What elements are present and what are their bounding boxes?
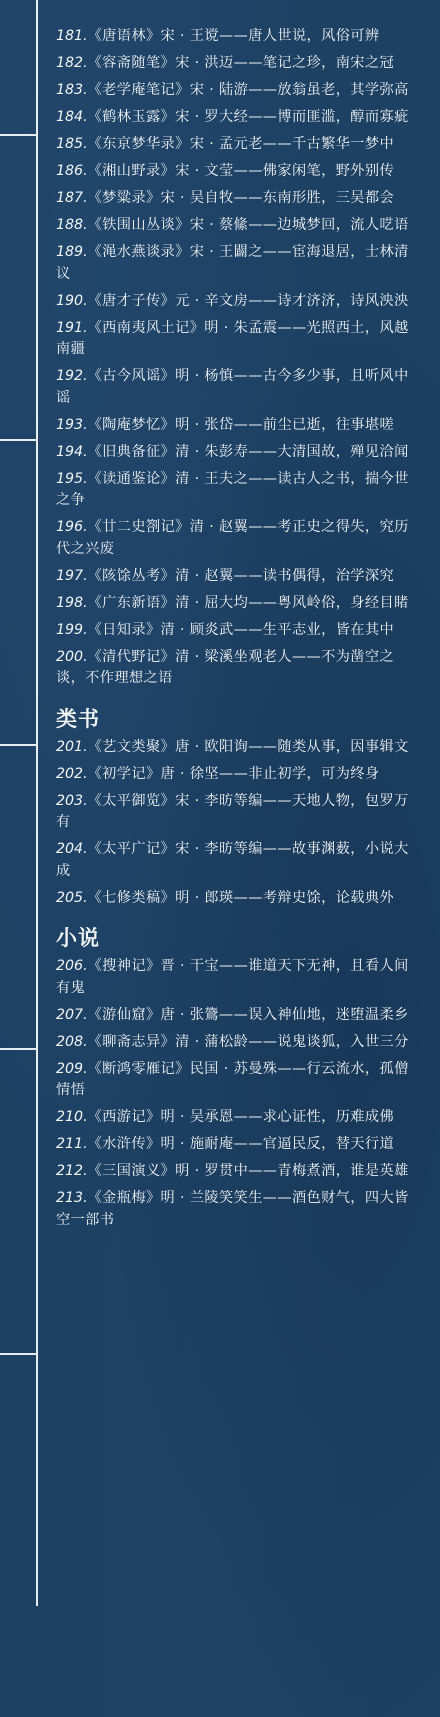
entry-number: 182. bbox=[56, 55, 88, 71]
entry-text: 《广东新语》清 · 屈大均——粤风岭俗，身经目睹 bbox=[88, 595, 409, 611]
entry-number: 213. bbox=[56, 1190, 88, 1206]
entry-number: 206. bbox=[56, 958, 88, 974]
list-item: 184.《鹤林玉露》宋 · 罗大经——博而匪滥，醇而寡疵 bbox=[56, 107, 422, 129]
entry-text: 《太平广记》宋 · 李昉等编——故事渊薮，小说大成 bbox=[56, 841, 409, 879]
entry-text: 《聊斋志异》清 · 蒲松龄——说鬼谈狐，入世三分 bbox=[88, 1034, 409, 1050]
entry-number: 205. bbox=[56, 890, 88, 906]
entry-text: 《老学庵笔记》宋 · 陆游——放翁虽老，其学弥高 bbox=[88, 82, 409, 98]
list-item: 198.《广东新语》清 · 屈大均——粤风岭俗，身经目睹 bbox=[56, 593, 422, 615]
entry-text: 《陶庵梦忆》明 · 张岱——前尘已逝，往事堪嗟 bbox=[88, 417, 394, 433]
timeline-tick bbox=[0, 744, 36, 746]
entry-text: 《湘山野录》宋 · 文莹——佛家闲笔，野外别传 bbox=[88, 163, 394, 179]
entry-number: 196. bbox=[56, 519, 88, 535]
list-item: 204.《太平广记》宋 · 李昉等编——故事渊薮，小说大成 bbox=[56, 839, 422, 882]
entry-text: 《读通鉴论》清 · 王夫之——读古人之书，揣今世之争 bbox=[56, 471, 409, 509]
list-item: 192.《古今风谣》明 · 杨慎——古今多少事，且听风中谣 bbox=[56, 366, 422, 409]
list-item: 208.《聊斋志异》清 · 蒲松龄——说鬼谈狐，入世三分 bbox=[56, 1032, 422, 1054]
entry-text: 《金瓶梅》明 · 兰陵笑笑生——酒色财气，四大皆空一部书 bbox=[56, 1190, 409, 1228]
entry-text: 《初学记》唐 · 徐坚——非止初学，可为终身 bbox=[88, 766, 380, 782]
timeline-tick bbox=[0, 134, 36, 136]
book-list: 181.《唐语林》宋 · 王谠——唐人世说，风俗可辨 182.《容斋随笔》宋 ·… bbox=[56, 26, 422, 1237]
list-item: 206.《搜神记》晋 · 干宝——谁道天下无神，且看人间有鬼 bbox=[56, 956, 422, 999]
entry-number: 190. bbox=[56, 293, 88, 309]
entry-number: 209. bbox=[56, 1061, 88, 1077]
list-item: 205.《七修类稿》明 · 郎瑛——考辩史馀，论载典外 bbox=[56, 888, 422, 910]
entry-text: 《渑水燕谈录》宋 · 王闢之——宦海退居，士林清议 bbox=[56, 244, 409, 282]
entry-number: 197. bbox=[56, 568, 88, 584]
entry-text: 《搜神记》晋 · 干宝——谁道天下无神，且看人间有鬼 bbox=[56, 958, 409, 996]
list-item: 182.《容斋随笔》宋 · 洪迈——笔记之珍，南宋之冠 bbox=[56, 53, 422, 75]
entry-text: 《断鸿零雁记》民国 · 苏曼殊——行云流水，孤僧情悟 bbox=[56, 1061, 409, 1099]
entry-number: 195. bbox=[56, 471, 88, 487]
entry-text: 《陔馀丛考》清 · 赵翼——读书偶得，治学深究 bbox=[88, 568, 394, 584]
list-item: 187.《梦粱录》宋 · 吴自牧——东南形胜，三吴都会 bbox=[56, 188, 422, 210]
entry-number: 189. bbox=[56, 244, 88, 260]
entry-number: 184. bbox=[56, 109, 88, 125]
list-item: 201.《艺文类聚》唐 · 欧阳询——随类从事，因事辑文 bbox=[56, 737, 422, 759]
entry-number: 202. bbox=[56, 766, 88, 782]
entry-text: 《东京梦华录》宋 · 孟元老——千古繁华一梦中 bbox=[88, 136, 394, 152]
entry-number: 198. bbox=[56, 595, 88, 611]
list-item: 202.《初学记》唐 · 徐坚——非止初学，可为终身 bbox=[56, 764, 422, 786]
list-item: 190.《唐才子传》元 · 辛文房——诗才济济，诗风泱泱 bbox=[56, 291, 422, 313]
entry-text: 《日知录》清 · 顾炎武——生平志业，皆在其中 bbox=[88, 622, 394, 638]
list-item: 185.《东京梦华录》宋 · 孟元老——千古繁华一梦中 bbox=[56, 134, 422, 156]
list-item: 199.《日知录》清 · 顾炎武——生平志业，皆在其中 bbox=[56, 620, 422, 642]
entry-number: 208. bbox=[56, 1034, 88, 1050]
list-item: 186.《湘山野录》宋 · 文莹——佛家闲笔，野外别传 bbox=[56, 161, 422, 183]
list-item: 210.《西游记》明 · 吴承恩——求心证性，历难成佛 bbox=[56, 1107, 422, 1129]
list-item: 195.《读通鉴论》清 · 王夫之——读古人之书，揣今世之争 bbox=[56, 469, 422, 512]
entry-text: 《水浒传》明 · 施耐庵——官逼民反，替天行道 bbox=[88, 1136, 394, 1152]
section-xiaoshuo: 小说 206.《搜神记》晋 · 干宝——谁道天下无神，且看人间有鬼 207.《游… bbox=[56, 924, 422, 1231]
entry-number: 185. bbox=[56, 136, 88, 152]
entry-number: 193. bbox=[56, 417, 88, 433]
section-biji: 181.《唐语林》宋 · 王谠——唐人世说，风俗可辨 182.《容斋随笔》宋 ·… bbox=[56, 26, 422, 690]
entry-text: 《西南夷风土记》明 · 朱孟震——光照西土，风越南疆 bbox=[56, 320, 409, 358]
list-item: 200.《清代野记》清 · 梁溪坐观老人——不为凿空之谈，不作理想之语 bbox=[56, 647, 422, 690]
entry-text: 《西游记》明 · 吴承恩——求心证性，历难成佛 bbox=[88, 1109, 394, 1125]
entry-text: 《古今风谣》明 · 杨慎——古今多少事，且听风中谣 bbox=[56, 368, 409, 406]
entry-text: 《七修类稿》明 · 郎瑛——考辩史馀，论载典外 bbox=[88, 890, 394, 906]
entry-number: 204. bbox=[56, 841, 88, 857]
entry-number: 210. bbox=[56, 1109, 88, 1125]
entry-text: 《廿二史劄记》清 · 赵翼——考正史之得失，究历代之兴废 bbox=[56, 519, 409, 557]
entry-text: 《旧典备征》清 · 朱彭寿——大清国故，殚见洽闻 bbox=[88, 444, 409, 460]
entry-text: 《容斋随笔》宋 · 洪迈——笔记之珍，南宋之冠 bbox=[88, 55, 394, 71]
entry-number: 200. bbox=[56, 649, 88, 665]
entry-text: 《唐才子传》元 · 辛文房——诗才济济，诗风泱泱 bbox=[88, 293, 409, 309]
entry-number: 207. bbox=[56, 1007, 88, 1023]
list-item: 203.《太平御览》宋 · 李昉等编——天地人物，包罗万有 bbox=[56, 791, 422, 834]
entry-number: 191. bbox=[56, 320, 88, 336]
entry-number: 194. bbox=[56, 444, 88, 460]
list-item: 213.《金瓶梅》明 · 兰陵笑笑生——酒色财气，四大皆空一部书 bbox=[56, 1188, 422, 1231]
list-item: 197.《陔馀丛考》清 · 赵翼——读书偶得，治学深究 bbox=[56, 566, 422, 588]
list-item: 196.《廿二史劄记》清 · 赵翼——考正史之得失，究历代之兴废 bbox=[56, 517, 422, 560]
section-heading: 小说 bbox=[56, 924, 422, 952]
entry-number: 187. bbox=[56, 190, 88, 206]
list-item: 194.《旧典备征》清 · 朱彭寿——大清国故，殚见洽闻 bbox=[56, 442, 422, 464]
entry-number: 212. bbox=[56, 1163, 88, 1179]
entry-number: 203. bbox=[56, 793, 88, 809]
timeline-tick bbox=[0, 439, 36, 441]
list-item: 181.《唐语林》宋 · 王谠——唐人世说，风俗可辨 bbox=[56, 26, 422, 48]
section-leishu: 类书 201.《艺文类聚》唐 · 欧阳询——随类从事，因事辑文 202.《初学记… bbox=[56, 705, 422, 910]
entry-text: 《清代野记》清 · 梁溪坐观老人——不为凿空之谈，不作理想之语 bbox=[56, 649, 394, 687]
list-item: 193.《陶庵梦忆》明 · 张岱——前尘已逝，往事堪嗟 bbox=[56, 415, 422, 437]
entry-number: 186. bbox=[56, 163, 88, 179]
entry-text: 《梦粱录》宋 · 吴自牧——东南形胜，三吴都会 bbox=[88, 190, 394, 206]
list-item: 211.《水浒传》明 · 施耐庵——官逼民反，替天行道 bbox=[56, 1134, 422, 1156]
entry-text: 《艺文类聚》唐 · 欧阳询——随类从事，因事辑文 bbox=[88, 739, 409, 755]
entry-text: 《游仙窟》唐 · 张鷟——误入神仙地，迷堕温柔乡 bbox=[88, 1007, 409, 1023]
list-item: 212.《三国演义》明 · 罗贯中——青梅煮酒，谁是英雄 bbox=[56, 1161, 422, 1183]
list-item: 207.《游仙窟》唐 · 张鷟——误入神仙地，迷堕温柔乡 bbox=[56, 1005, 422, 1027]
timeline-vertical-line bbox=[36, 0, 38, 1606]
entry-number: 192. bbox=[56, 368, 88, 384]
entry-text: 《鹤林玉露》宋 · 罗大经——博而匪滥，醇而寡疵 bbox=[88, 109, 409, 125]
section-heading: 类书 bbox=[56, 705, 422, 733]
list-item: 191.《西南夷风土记》明 · 朱孟震——光照西土，风越南疆 bbox=[56, 318, 422, 361]
entry-text: 《太平御览》宋 · 李昉等编——天地人物，包罗万有 bbox=[56, 793, 409, 831]
entry-text: 《唐语林》宋 · 王谠——唐人世说，风俗可辨 bbox=[88, 28, 380, 44]
timeline-tick bbox=[0, 1048, 36, 1050]
list-item: 189.《渑水燕谈录》宋 · 王闢之——宦海退居，士林清议 bbox=[56, 242, 422, 285]
list-item: 183.《老学庵笔记》宋 · 陆游——放翁虽老，其学弥高 bbox=[56, 80, 422, 102]
entry-number: 188. bbox=[56, 217, 88, 233]
entry-number: 211. bbox=[56, 1136, 88, 1152]
entry-number: 201. bbox=[56, 739, 88, 755]
timeline-tick bbox=[0, 1353, 36, 1355]
list-item: 188.《铁围山丛谈》宋 · 蔡絛——边城梦回，流人呓语 bbox=[56, 215, 422, 237]
entry-text: 《三国演义》明 · 罗贯中——青梅煮酒，谁是英雄 bbox=[88, 1163, 409, 1179]
entry-number: 181. bbox=[56, 28, 88, 44]
entry-text: 《铁围山丛谈》宋 · 蔡絛——边城梦回，流人呓语 bbox=[88, 217, 409, 233]
entry-number: 183. bbox=[56, 82, 88, 98]
list-item: 209.《断鸿零雁记》民国 · 苏曼殊——行云流水，孤僧情悟 bbox=[56, 1059, 422, 1102]
entry-number: 199. bbox=[56, 622, 88, 638]
